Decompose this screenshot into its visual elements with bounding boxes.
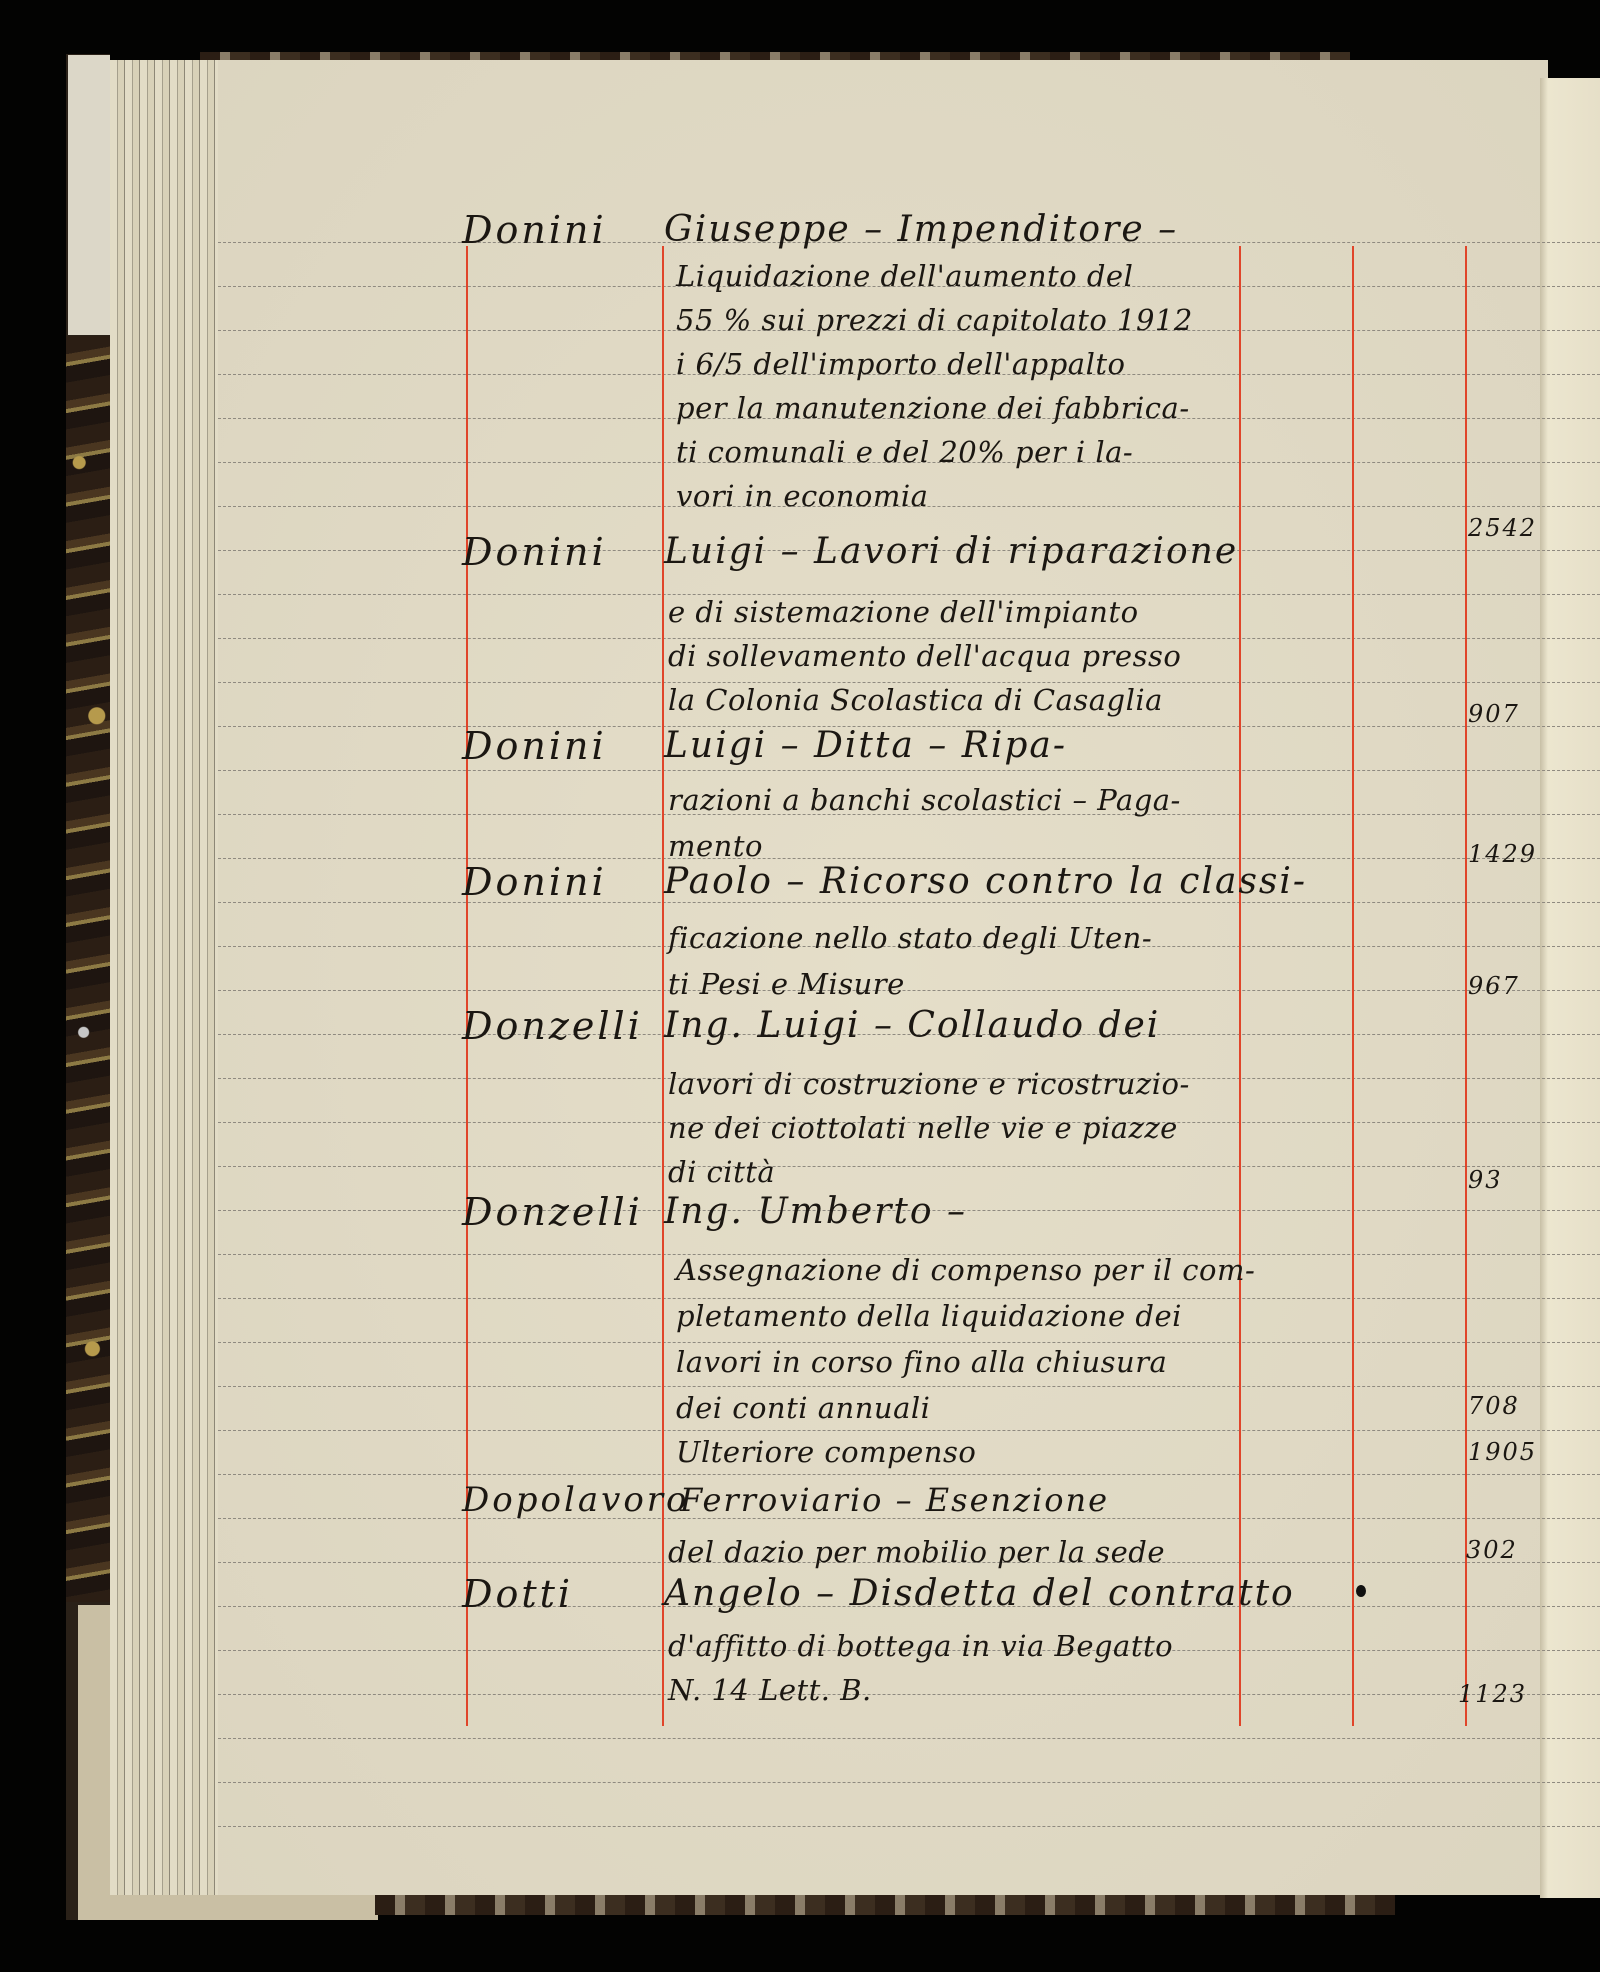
entry-description-line: Assegnazione di compenso per il com- [676, 1248, 1255, 1292]
entry-surname: Dopolavoro [462, 1478, 690, 1522]
marbled-cover-bottom [375, 1893, 1395, 1915]
ruled-line [218, 1782, 1600, 1783]
entry-description-line: ne dei ciottolati nelle vie e piazze [668, 1106, 1178, 1150]
entry-description-line: la Colonia Scolastica di Casaglia [668, 678, 1163, 722]
entry-surname: Donini [462, 860, 607, 904]
entry-description-line: Liquidazione dell'aumento del [676, 254, 1133, 298]
entry-description-line: ti Pesi e Misure [668, 962, 905, 1006]
ruled-line [218, 770, 1600, 771]
entry-description-line: ti comunali e del 20% per i la- [676, 430, 1133, 474]
entry-reference-number: 708 [1468, 1384, 1520, 1428]
entry-description-line: Angelo – Disdetta del contratto [664, 1572, 1295, 1616]
entry-description-line: di città [668, 1150, 775, 1194]
entry-description-line: lavori in corso fino alla chiusura [676, 1340, 1167, 1384]
ruled-line [218, 1826, 1600, 1827]
entry-description-line: Ferroviario – Esenzione [680, 1478, 1109, 1522]
entry-description-line: razioni a banchi scolastici – Paga- [668, 778, 1181, 822]
entry-reference-number: 302 [1466, 1528, 1518, 1572]
entry-description-line: N. 14 Lett. B. [668, 1668, 872, 1712]
entry-description-line: e di sistemazione dell'impianto [668, 590, 1139, 634]
entry-reference-number: 93 [1468, 1158, 1503, 1202]
entry-description-line: d'affitto di bottega in via Begatto [668, 1624, 1173, 1668]
entry-description-line: 55 % sui prezzi di capitolato 1912 [676, 298, 1193, 342]
red-column-line [1239, 246, 1241, 1726]
entry-sub-description: Ulteriore compenso [676, 1430, 976, 1474]
entry-surname: Donini [462, 530, 607, 574]
entry-description-line: vori in economia [676, 474, 928, 518]
entry-description-line: di sollevamento dell'acqua presso [668, 634, 1181, 678]
ruled-line [218, 1738, 1600, 1739]
ruled-line [218, 858, 1600, 859]
ruled-line [218, 990, 1600, 991]
entry-description-line: per la manutenzione dei fabbrica- [676, 386, 1190, 430]
entry-reference-number: 2542 [1468, 506, 1537, 550]
entry-sub-reference-number: 1905 [1468, 1430, 1537, 1474]
entry-surname: Dotti [462, 1572, 573, 1616]
entry-description-line: lavori di costruzione e ricostruzio- [668, 1062, 1190, 1106]
entry-description-line: del dazio per mobilio per la sede [668, 1530, 1165, 1574]
entry-surname: Donzelli [462, 1190, 643, 1234]
entry-description-line: Luigi – Lavori di riparazione [664, 530, 1238, 574]
entry-description-line: i 6/5 dell'importo dell'appalto [676, 342, 1125, 386]
entry-description-line: ficazione nello stato degli Uten- [668, 916, 1152, 960]
entry-description-line: pletamento della liquidazione dei [676, 1294, 1182, 1338]
entry-reference-number: 907 [1468, 692, 1520, 736]
entry-surname: Donini [462, 208, 607, 252]
entry-description-line: dei conti annuali [676, 1386, 930, 1430]
entry-description-line: Giuseppe – Impenditore – [664, 208, 1178, 252]
entry-reference-number: 1429 [1468, 832, 1537, 876]
entry-surname: Donzelli [462, 1004, 643, 1048]
ruled-line [218, 1694, 1600, 1695]
entry-surname: Donini [462, 724, 607, 768]
marbled-cover-edge [66, 336, 110, 1602]
entry-description-line: Ing. Luigi – Collaudo dei [664, 1004, 1160, 1048]
stacked-page-edges [110, 60, 221, 1895]
entry-reference-number: 967 [1468, 964, 1520, 1008]
red-column-line [1465, 246, 1467, 1726]
entry-reference-number: 1123 [1458, 1672, 1527, 1716]
endpaper-top [68, 55, 110, 335]
entry-description-line: Luigi – Ditta – Ripa- [664, 724, 1067, 768]
ruled-line [218, 1474, 1600, 1475]
entry-description-line: Paolo – Ricorso contro la classi- [664, 860, 1307, 904]
red-column-line [1352, 246, 1354, 1726]
entry-description-line: Ing. Umberto – [664, 1190, 967, 1234]
ruled-line [218, 1166, 1600, 1167]
ink-blot [1356, 1585, 1366, 1597]
facing-page-gutter [1540, 78, 1600, 1898]
